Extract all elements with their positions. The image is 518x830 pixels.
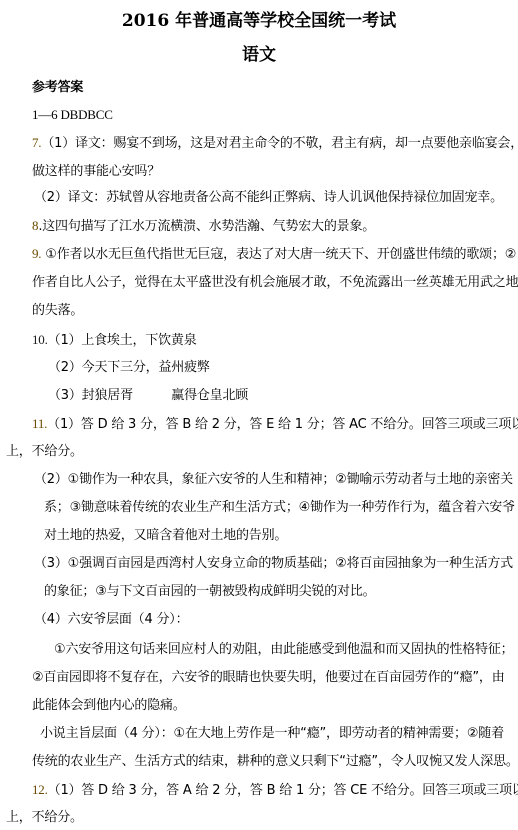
answer-line: （2）译文：苏轼曾从容地责备公高不能纠正弊病、诗人讥讽他保持禄位加固宠幸。 — [34, 190, 503, 206]
answer-line: 对土地的热爱，又暗含着他对土地的告别。 — [44, 528, 287, 544]
answer-line: ①六安爷用这句话来回应村人的劝阻，由此能感受到他温和而又固执的性格特征； — [54, 642, 513, 658]
answer-line: （2）①锄作为一种农具，象征六安爷的人生和精神；②锄喻示劳动者与土地的亲密关 — [34, 472, 513, 488]
question-number: 11. — [32, 416, 47, 431]
answer-line: 此能体会到他内心的隐痛。 — [32, 698, 186, 714]
answer-line: 上，不给分。 — [6, 810, 83, 826]
answer-line: （2）今天下三分，益州疲弊 — [48, 360, 210, 376]
answer-line: 1—6 DBDBCC — [32, 107, 113, 123]
document-subtitle: 语文 — [0, 40, 518, 65]
answer-line: 的象征；③与下文百亩园的一朝被毁构成鲜明尖锐的对比。 — [44, 584, 375, 600]
answer-line: （3）①强调百亩园是西湾村人安身立命的物质基础；②将百亩园抽象为一种生活方式 — [34, 556, 513, 572]
answer-line: 系；③锄意味着传统的农业生产和生活方式；④锄作为一种劳作行为，蕴含着六安爷 — [44, 500, 515, 516]
question-number: 10. — [32, 332, 48, 347]
answer-line: 上，不给分。 — [6, 444, 83, 460]
answer-line: 传统的农业生产、生活方式的结束，耕种的意义只剩下“过瘾”，令人叹惋又发人深思。 — [32, 754, 518, 770]
answer-line: 9. ①作者以水无巨鱼代指世无巨寇，表达了对大唐一统天下、开创盛世伟绩的歌颂；② — [32, 246, 516, 263]
document-title: 2016 年普通高等学校全国统一考试 — [0, 6, 518, 31]
answer-line: 11.（1）答 D 给 3 分，答 B 给 2 分，答 E 给 1 分；答 AC… — [32, 416, 518, 433]
answer-line: 小说主旨层面（4 分）：①在大地上劳作是一种“瘾”，即劳动者的精神需要；②随着 — [40, 726, 504, 742]
answer-line: 的失落。 — [32, 303, 83, 319]
answer-line: 10.（1）上食埃土，下饮黄泉 — [32, 332, 197, 349]
answer-line: 8.这四句描写了江水万流横溃、水势浩瀚、气势宏大的景象。 — [32, 218, 375, 235]
answer-line: （4）六安爷层面（4 分）： — [34, 612, 188, 628]
answer-line: 7.（1）译文：赐宴不到场，这是对君主命令的不敬，君主有病，却一点要他亲临宴会， — [32, 135, 518, 152]
section-heading: 参考答案 — [32, 80, 83, 96]
answer-line: 作者自比人公子，觉得在太平盛世没有机会施展才敢，不免流露出一丝英雄无用武之地 — [32, 275, 518, 291]
answer-line: （3）封狼居胥 赢得仓皇北顾 — [48, 388, 248, 404]
answer-line: ②百亩园即将不复存在，六安爷的眼睛也快要失明，他要过在百亩园劳作的“瘾”，由 — [32, 670, 505, 686]
question-number: 7. — [32, 135, 41, 150]
answer-line: 做这样的事能心安吗？ — [32, 164, 160, 180]
answer-line: 12.（1）答 D 给 3 分，答 A 给 2 分，答 B 给 1 分；答 CE… — [32, 782, 518, 799]
question-number: 12. — [32, 782, 48, 797]
question-number: 9. — [32, 246, 41, 261]
